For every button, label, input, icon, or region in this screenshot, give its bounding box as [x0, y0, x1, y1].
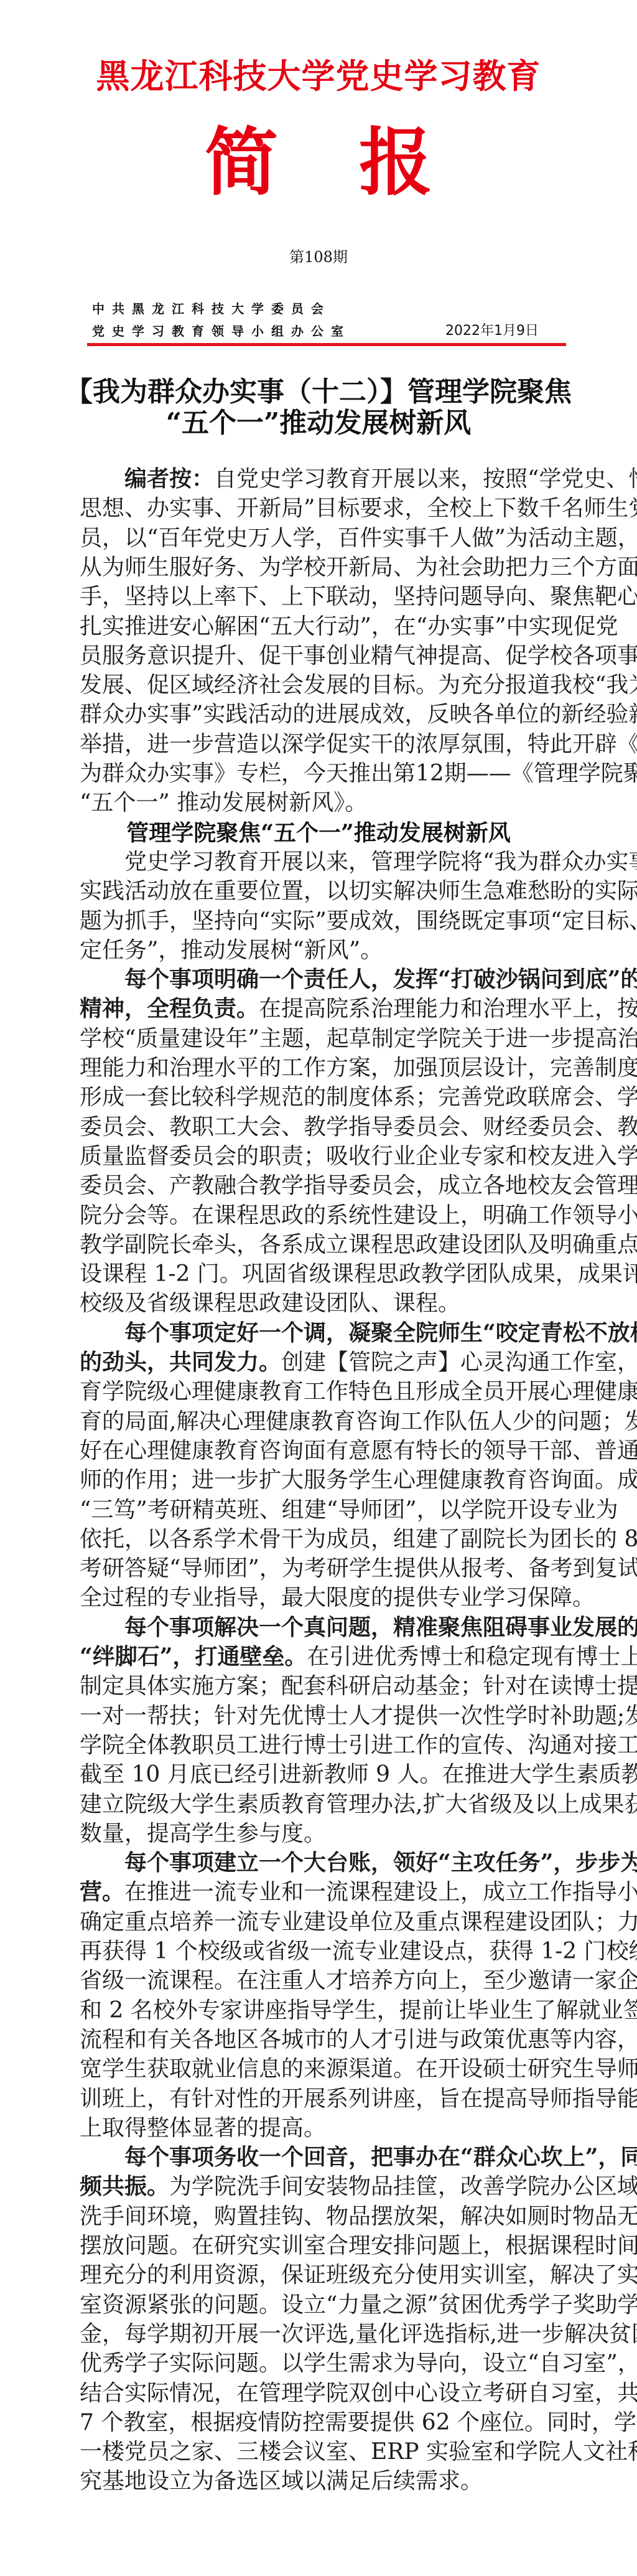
- paragraph-line: 院分会等。在课程思政的系统性建设上，明确工作领导小组，: [80, 1201, 550, 1230]
- editor-note-line: 举措，进一步营造以深学促实干的浓厚氛围，特此开辟《我: [80, 730, 550, 759]
- paragraph-line: 全过程的专业指导，最大限度的提供专业学习保障。: [80, 1583, 550, 1612]
- paragraph-line: 校级及省级课程思政建设团队、课程。: [80, 1289, 550, 1318]
- paragraph-line: 制定具体实施方案；配套科研启动基金；针对在读博士提供: [80, 1671, 550, 1701]
- paragraph-line: 一楼党员之家、三楼会议室、ERP 实验室和学院人文社科研: [80, 2437, 550, 2466]
- paragraph-line: “绊脚石”，打通壁垒。在引进优秀博士和稳定现有博士上，: [80, 1642, 550, 1671]
- paragraph-line: 委员会、产教融合教学指导委员会，成立各地校友会管理学: [80, 1171, 550, 1200]
- editor-note-line: 从为师生服好务、为学校开新局、为社会助把力三个方面入: [80, 553, 550, 582]
- org-line-1: 中共黑龙江科技大学委员会: [92, 300, 331, 317]
- paragraph-line: 育学院级心理健康教育工作特色且形成全员开展心理健康教: [80, 1377, 550, 1406]
- red-divider: [87, 343, 566, 346]
- paragraph-line: 理充分的利用资源，保证班级充分使用实训室，解决了实训: [80, 2260, 550, 2290]
- masthead-title: 黑龙江科技大学党史学习教育: [0, 57, 637, 95]
- editor-note-line: 思想、办实事、开新局”目标要求，全校上下数千名师生党: [80, 494, 550, 523]
- paragraph-line: 上取得整体显著的提高。: [80, 2113, 550, 2143]
- paragraph-line: 质量监督委员会的职责；吸收行业企业专家和校友进入学术: [80, 1142, 550, 1171]
- paragraph-line: 每个事项明确一个责任人，发挥“打破沙锅问到底”的: [124, 965, 550, 994]
- publish-date: 2022年1月9日: [445, 322, 539, 340]
- paragraph-line: 建立院级大学生素质教育管理办法,扩大省级及以上成果获奖: [80, 1790, 550, 1819]
- paragraph-line: 党史学习教育开展以来，管理学院将“我为群众办实事”: [124, 847, 550, 877]
- paragraph-line: 每个事项务收一个回音，把事办在“群众心坎上”，同: [124, 2143, 550, 2172]
- lead-sentence: 每个事项建立一个大台账，领好“主攻任务”，步步为: [124, 1850, 637, 1876]
- paragraph-line: 实践活动放在重要位置，以切实解决师生急难愁盼的实际问: [80, 877, 550, 906]
- lead-sentence: 每个事项解决一个真问题，精准聚焦阻碍事业发展的: [124, 1614, 637, 1640]
- paragraph-line: 每个事项定好一个调，凝聚全院师生“咬定青松不放松”: [124, 1319, 550, 1348]
- editor-note-line: 群众办实事”实践活动的进展成效，反映各单位的新经验新: [80, 700, 550, 729]
- paragraph-line: 优秀学子实际问题。以学生需求为导向，设立“自习室”，: [80, 2349, 550, 2378]
- editor-note-line: 手，坚持以上率下、上下联动，坚持问题导向、聚焦靶心，: [80, 582, 550, 611]
- paragraph-line: 的劲头，共同发力。创建【管院之声】心灵沟通工作室，培: [80, 1348, 550, 1377]
- paragraph-line: 学院全体教职员工进行博士引进工作的宣传、沟通对接工作，: [80, 1731, 550, 1760]
- paragraph-line: 每个事项建立一个大台账，领好“主攻任务”，步步为: [124, 1848, 550, 1878]
- brief-char-2: 报: [359, 122, 432, 203]
- paragraph-line: 理能力和治理水平的工作方案，加强顶层设计，完善制度，: [80, 1053, 550, 1083]
- paragraph-line: 每个事项解决一个真问题，精准聚焦阻碍事业发展的: [124, 1613, 550, 1642]
- paragraph-line: 形成一套比较科学规范的制度体系；完善党政联席会、学术: [80, 1083, 550, 1112]
- paragraph-line: 训班上，有针对性的开展系列讲座，旨在提高导师指导能力: [80, 2084, 550, 2113]
- paragraph-line: 设课程 1-2 门。巩固省级课程思政教学团队成果，成果评选: [80, 1259, 550, 1289]
- org-line-2: 党史学习教育领导小组办公室: [92, 322, 351, 340]
- editor-note-line: 扎实推进安心解困“五大行动”，在“办实事”中实现促党: [80, 612, 550, 641]
- paragraph-line: 和 2 名校外专家讲座指导学生，提前让毕业生了解就业签约: [80, 1996, 550, 2025]
- issue-number: 第108期: [0, 247, 637, 268]
- editor-note-line: 为群众办实事》专栏，今天推出第12期——《管理学院聚焦: [80, 759, 550, 788]
- paragraph-line: 宽学生获取就业信息的来源渠道。在开设硕士研究生导师培: [80, 2054, 550, 2084]
- paragraph-line: 流程和有关各地区各城市的人才引进与政策优惠等内容，拓: [80, 2025, 550, 2054]
- headline-line-1: 【我为群众办实事（十二）】管理学院聚焦: [0, 377, 637, 408]
- paragraph-line: 摆放问题。在研究实训室合理安排问题上，根据课程时间合: [80, 2231, 550, 2260]
- lead-sentence: 的劲头，共同发力。: [80, 1349, 281, 1375]
- editor-note-line: 员服务意识提升、促干事创业精气神提高、促学校各项事业: [80, 641, 550, 670]
- paragraph-line: 截至 10 月底已经引进新教师 9 人。在推进大学生素质教育上，: [80, 1760, 550, 1789]
- paragraph-line: 金，每学期初开展一次评选,量化评选指标,进一步解决贫困: [80, 2320, 550, 2349]
- lead-sentence: 精神，全程负责。: [80, 995, 259, 1022]
- paragraph-line: 洗手间环境，购置挂钩、物品摆放架，解决如厕时物品无处: [80, 2202, 550, 2231]
- paragraph-line: 结合实际情况，在管理学院双创中心设立考研自习室，共计: [80, 2379, 550, 2408]
- paragraph-line: 营。在推进一流专业和一流课程建设上，成立工作指导小组;: [80, 1878, 550, 1907]
- editor-note-line: “五个一” 推动发展树新风》。: [80, 788, 550, 817]
- lead-sentence: “绊脚石”，打通壁垒。: [80, 1643, 307, 1670]
- lead-sentence: 每个事项定好一个调，凝聚全院师生“咬定青松不放松”: [124, 1320, 637, 1346]
- paragraph-line: “三笃”考研精英班、组建“导师团”，以学院开设专业为: [80, 1495, 550, 1525]
- editor-note-line: 员，以“百年党史万人学，百件实事千人做”为活动主题，: [80, 524, 550, 553]
- paragraph-line: 考研答疑“导师团”，为考研学生提供从报考、备考到复试: [80, 1554, 550, 1583]
- lead-sentence: 频共振。: [80, 2173, 169, 2199]
- paragraph-line: 育的局面,解决心理健康教育咨询工作队伍人少的问题；发挥: [80, 1407, 550, 1436]
- editor-note-line: 编者按：自党史学习教育开展以来，按照“学党史、悟: [124, 464, 550, 494]
- lead-sentence: 每个事项务收一个回音，把事办在“群众心坎上”，同: [124, 2144, 637, 2170]
- lead-sentence: 营。: [80, 1879, 124, 1905]
- paragraph-line: 委员会、教职工大会、教学指导委员会、财经委员会、教学: [80, 1112, 550, 1142]
- paragraph-line: 确定重点培养一流专业建设单位及重点课程建设团队；力争: [80, 1907, 550, 1937]
- paragraph-line: 教学副院长牵头，各系成立课程思政建设团队及明确重点建: [80, 1230, 550, 1259]
- paragraph-line: 好在心理健康教育咨询面有意愿有特长的领导干部、普通老: [80, 1436, 550, 1465]
- paragraph-line: 精神，全程负责。在提高院系治理能力和治理水平上，按照: [80, 994, 550, 1023]
- paragraph-line: 省级一流课程。在注重人才培养方向上，至少邀请一家企业: [80, 1966, 550, 1995]
- paragraph-line: 究基地设立为备选区域以满足后续需求。: [80, 2466, 550, 2496]
- paragraph-line: 频共振。为学院洗手间安装物品挂筐，改善学院办公区域的: [80, 2172, 550, 2201]
- editor-note-line: 发展、促区域经济社会发展的目标。为充分报道我校“我为: [80, 670, 550, 700]
- paragraph-line: 再获得 1 个校级或省级一流专业建设点，获得 1-2 门校级及: [80, 1937, 550, 1966]
- paragraph-line: 一对一帮扶；针对先优博士人才提供一次性学时补助题;发动: [80, 1701, 550, 1731]
- lead-sentence: 每个事项明确一个责任人，发挥“打破沙锅问到底”的: [124, 966, 637, 992]
- paragraph-line: 数量，提高学生参与度。: [80, 1819, 550, 1848]
- paragraph-line: 题为抓手，坚持向“实际”要成效，围绕既定事项“定目标、: [80, 906, 550, 936]
- masthead-brief: 简报: [0, 122, 637, 203]
- paragraph-line: 学校“质量建设年”主题，起草制定学院关于进一步提高治: [80, 1024, 550, 1053]
- lead-sentence: 编者按：: [124, 466, 214, 492]
- brief-char-1: 简: [205, 122, 278, 203]
- paragraph-line: 室资源紧张的问题。设立“力量之源”贫困优秀学子奖助学: [80, 2290, 550, 2320]
- paragraph-line: 定任务”，推动发展树“新风”。: [80, 936, 550, 965]
- headline-line-2: “五个一”推动发展树新风: [0, 408, 637, 439]
- paragraph-line: 师的作用；进一步扩大服务学生心理健康教育咨询面。成立: [80, 1465, 550, 1495]
- article-subheading: 管理学院聚焦“五个一”推动发展树新风: [0, 819, 637, 848]
- paragraph-line: 7 个教室，根据疫情防控需要提供 62 个座位。同时，学院将: [80, 2408, 550, 2437]
- paragraph-line: 依托，以各系学术骨干为成员，组建了副院长为团长的 8 人: [80, 1525, 550, 1554]
